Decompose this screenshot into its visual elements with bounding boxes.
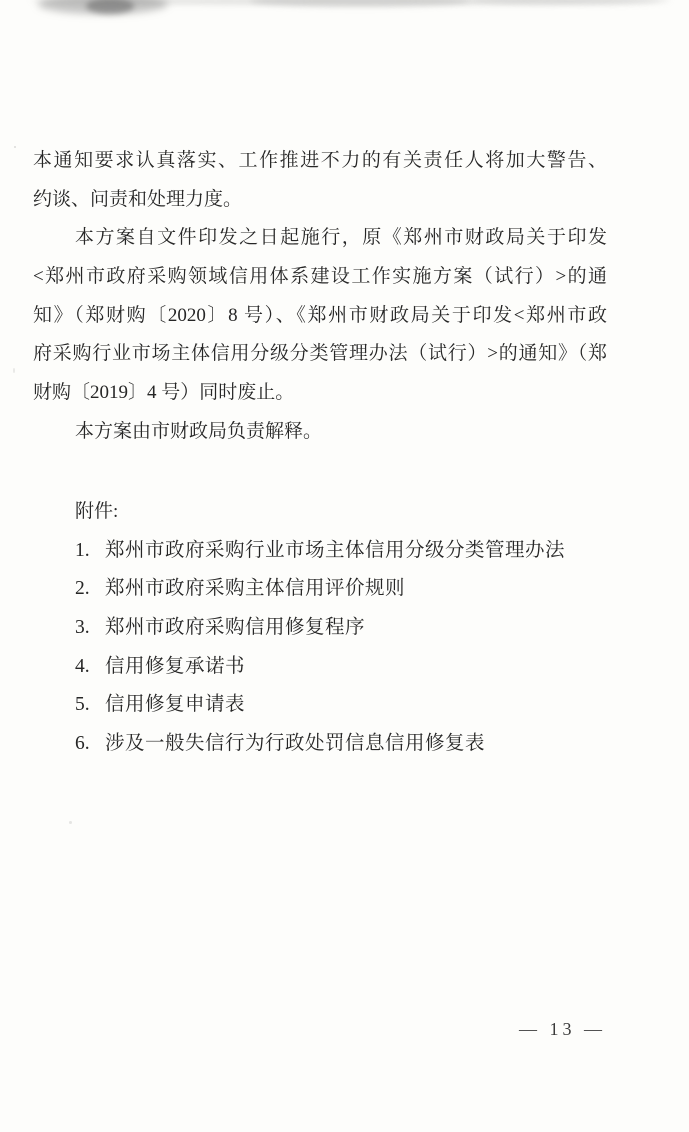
attachment-number: 5. [75, 686, 105, 725]
attachment-title: 信用修复申请表 [105, 686, 245, 725]
attachment-title: 郑州市政府采购信用修复程序 [105, 609, 365, 648]
body-line: 本通知要求认真落实、工作推进不力的有关责任人将加大警告、 [33, 142, 607, 181]
scan-smudge-blob [470, 0, 670, 5]
attachments-section: 附件: 1. 郑州市政府采购行业市场主体信用分级分类管理办法 2. 郑州市政府采… [75, 493, 635, 764]
attachment-title: 信用修复承诺书 [105, 648, 245, 687]
page-number: — 13 — [519, 1019, 606, 1040]
attachment-number: 6. [75, 725, 105, 764]
scan-smudge-dark [86, 0, 134, 14]
body-line: 约谈、问责和处理力度。 [33, 181, 607, 220]
attachment-item: 5. 信用修复申请表 [75, 686, 635, 725]
body-line: 府采购行业市场主体信用分级分类管理办法（试行）>的通知》（郑 [33, 335, 607, 374]
attachment-title: 郑州市政府采购主体信用评价规则 [105, 570, 405, 609]
attachments-label: 附件: [75, 493, 635, 532]
body-line: <郑州市政府采购领域信用体系建设工作实施方案（试行）>的通 [33, 258, 607, 297]
scan-smudge-line [30, 0, 660, 5]
body-line: 知》（郑财购〔2020〕8 号）、《郑州市财政局关于印发<郑州市政 [33, 297, 607, 336]
body-line: 财购〔2019〕4 号）同时废止。 [33, 374, 607, 413]
attachment-title: 涉及一般失信行为行政处罚信息信用修复表 [105, 725, 485, 764]
attachment-number: 2. [75, 570, 105, 609]
scan-speck [14, 146, 16, 148]
attachment-number: 4. [75, 648, 105, 687]
scanned-document-page: 本通知要求认真落实、工作推进不力的有关责任人将加大警告、 约谈、问责和处理力度。… [0, 0, 689, 1132]
attachment-item: 6. 涉及一般失信行为行政处罚信息信用修复表 [75, 725, 635, 764]
scan-speck [69, 821, 72, 824]
attachment-item: 4. 信用修复承诺书 [75, 648, 635, 687]
attachment-item: 3. 郑州市政府采购信用修复程序 [75, 609, 635, 648]
body-line: 本方案自文件印发之日起施行，原《郑州市财政局关于印发 [33, 219, 607, 258]
document-body: 本通知要求认真落实、工作推进不力的有关责任人将加大警告、 约谈、问责和处理力度。… [33, 142, 607, 452]
scan-smudge-blob [38, 0, 168, 14]
scan-speck [13, 368, 15, 373]
attachment-number: 3. [75, 609, 105, 648]
body-line: 本方案由市财政局负责解释。 [33, 413, 607, 452]
attachment-item: 1. 郑州市政府采购行业市场主体信用分级分类管理办法 [75, 532, 635, 571]
attachment-item: 2. 郑州市政府采购主体信用评价规则 [75, 570, 635, 609]
attachment-title: 郑州市政府采购行业市场主体信用分级分类管理办法 [105, 532, 565, 571]
scan-smudge-blob [250, 0, 470, 7]
attachment-number: 1. [75, 532, 105, 571]
